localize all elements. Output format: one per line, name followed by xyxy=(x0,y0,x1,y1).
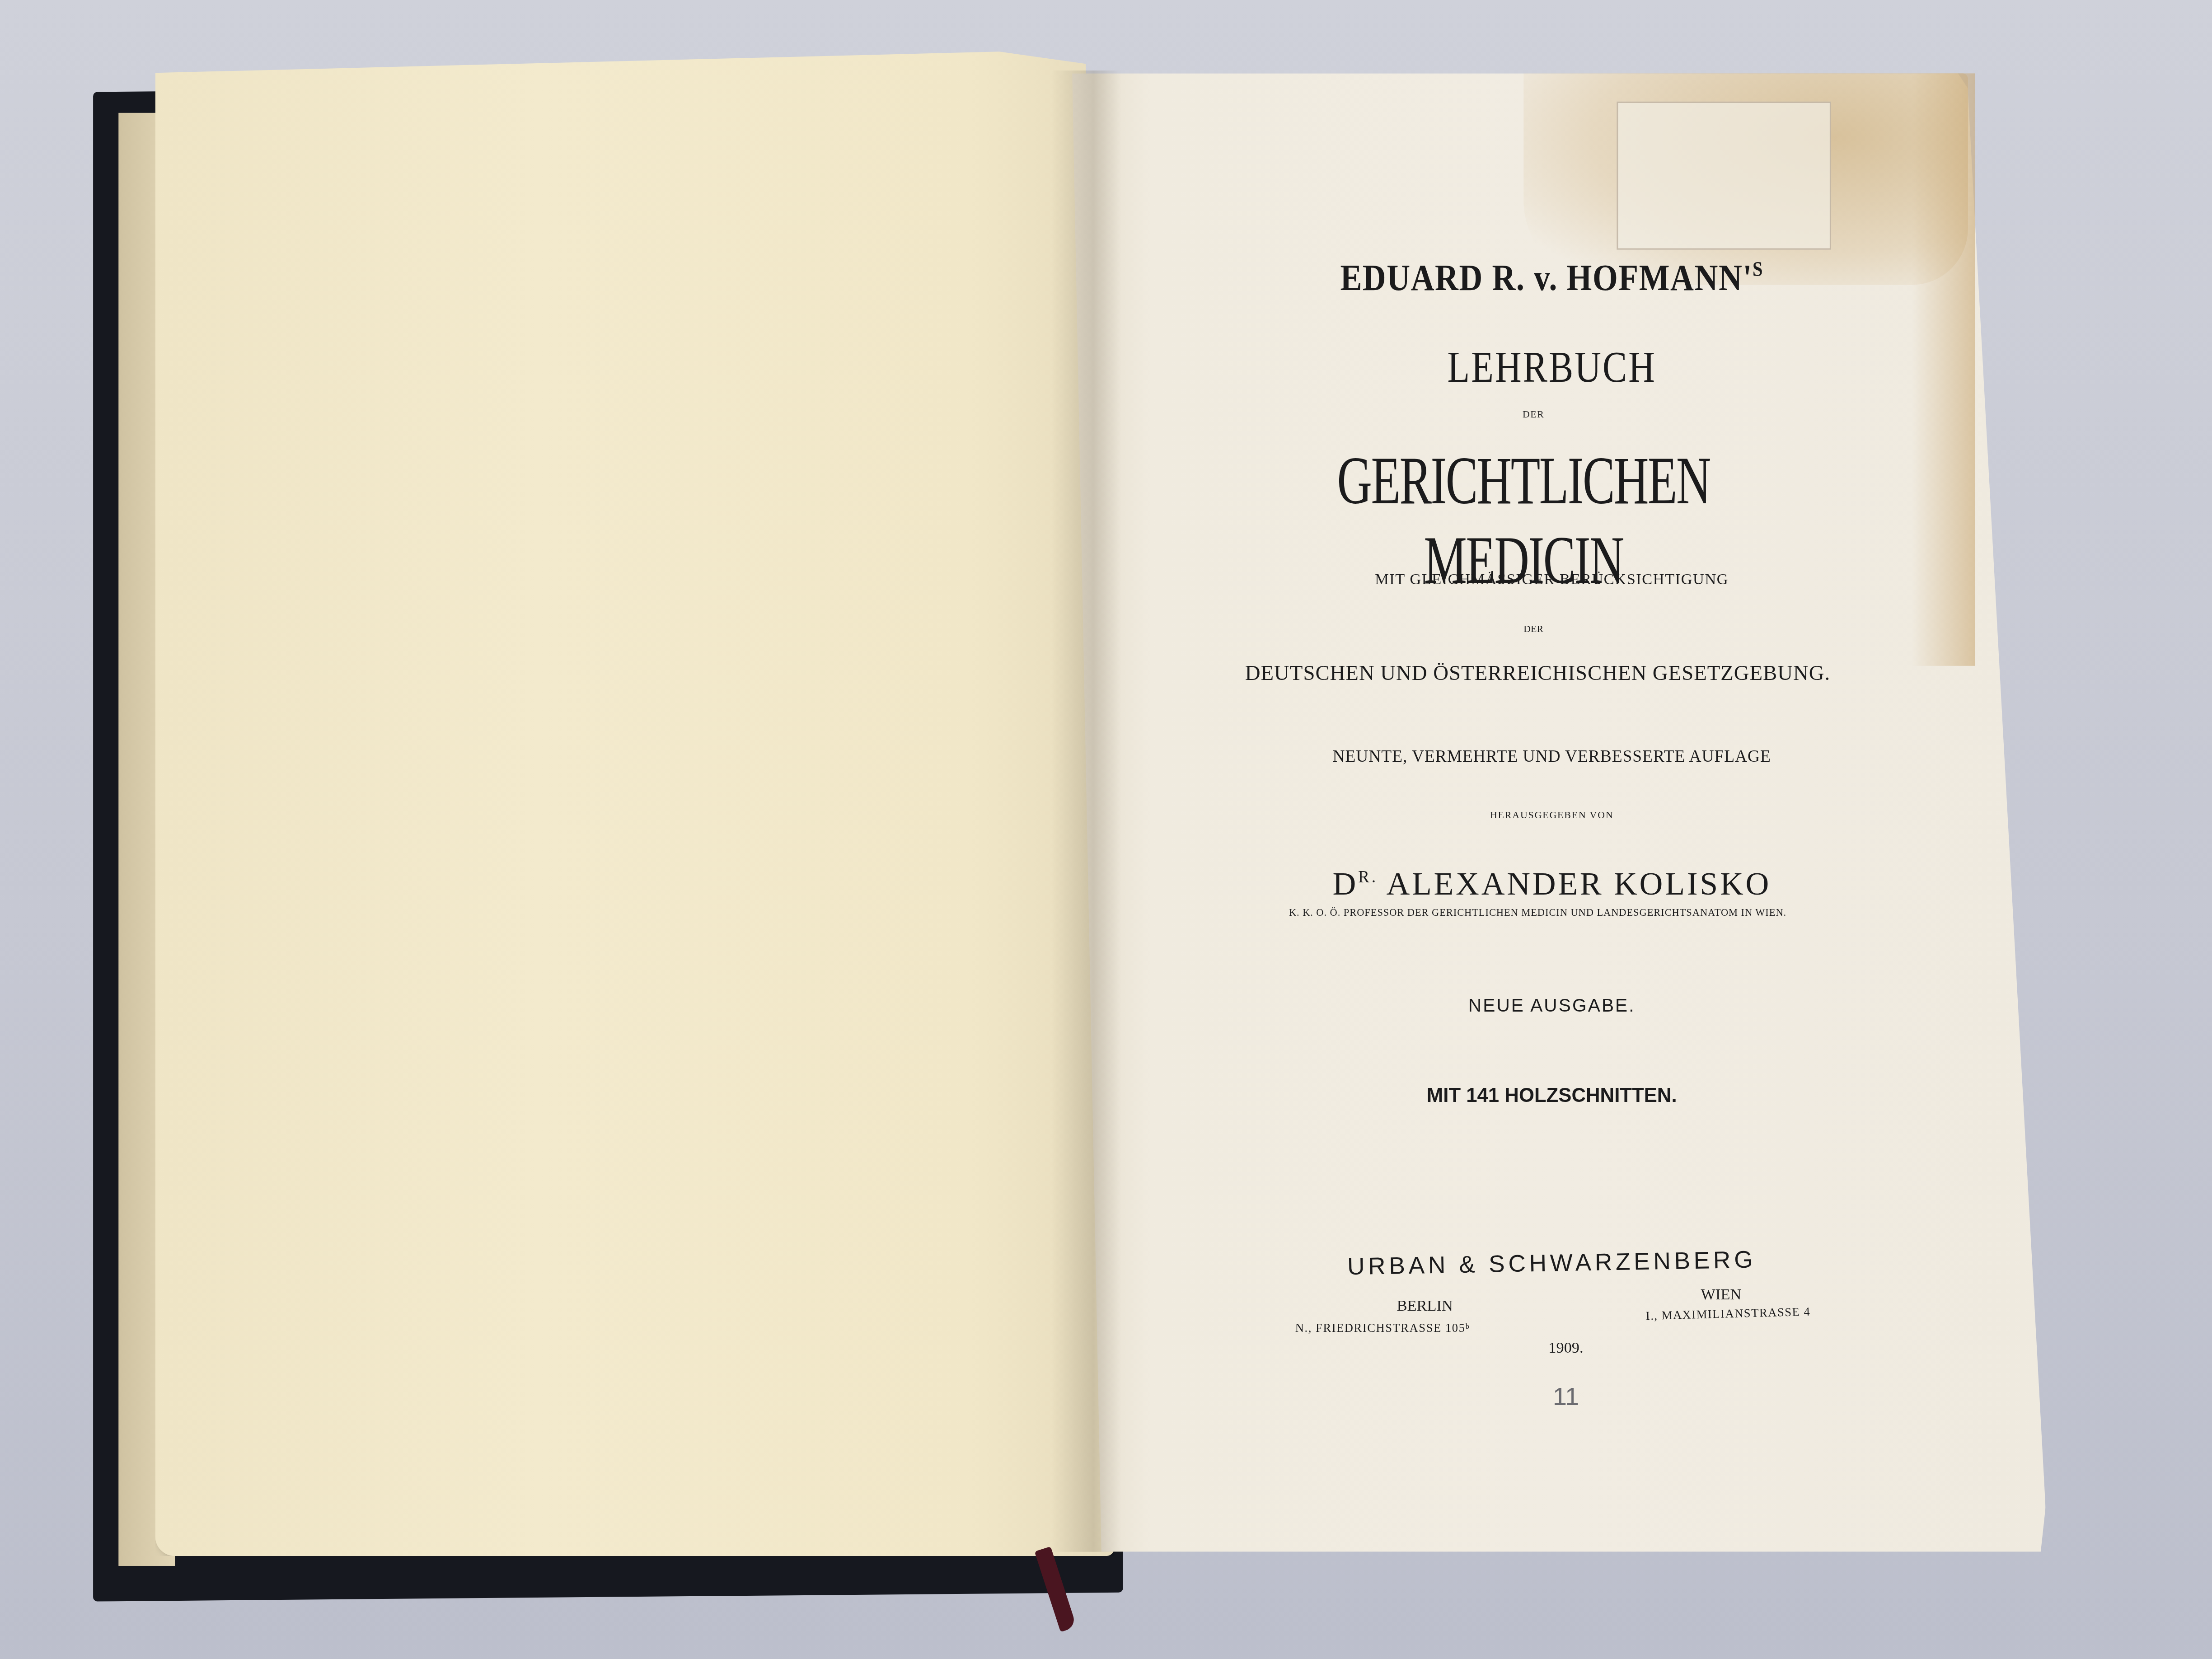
der-connector-1: DER xyxy=(1463,409,1604,421)
publisher-address-berlin: N., FRIEDRICHSTRASSE 105ᵇ xyxy=(1242,1321,1524,1335)
editor-prefix: D xyxy=(1332,866,1358,901)
book-photo: EDUARD R. v. HOFMANN'S LEHRBUCH DER GERI… xyxy=(0,0,2212,1659)
book-gutter xyxy=(1051,70,1121,1552)
edited-by-line: HERAUSGEGEBEN VON xyxy=(1129,810,1975,821)
editor-name: ALEXANDER KOLISKO xyxy=(1378,866,1771,901)
author-suffix: S xyxy=(1753,257,1763,281)
editor-prefix-sup: R. xyxy=(1358,867,1378,886)
blank-flyleaf-page xyxy=(155,39,1114,1556)
editor-title: K. K. O. Ö. PROFESSOR DER GERICHTLICHEN … xyxy=(1171,907,1905,919)
lehrbuch-heading: LEHRBUCH xyxy=(1129,343,1975,394)
author-line: EDUARD R. v. HOFMANN'S xyxy=(1129,257,1975,300)
subtitle-line-2: DEUTSCHEN UND ÖSTERREICHISCHEN GESETZGEB… xyxy=(1171,663,1905,687)
removed-label-mark xyxy=(1617,102,1831,250)
pencil-annotation: 11 xyxy=(1538,1382,1594,1412)
publisher-city-wien: WIEN xyxy=(1650,1287,1791,1303)
new-edition-line: NEUE AUSGABE. xyxy=(1129,994,1975,1016)
publisher-city-berlin: BERLIN xyxy=(1326,1298,1523,1315)
der-connector-2: DER xyxy=(1463,623,1604,635)
publication-year: 1909. xyxy=(1495,1340,1636,1357)
subtitle-line-1: MIT GLEICHMÄSSIGER BERÜCKSICHTIGUNG xyxy=(1129,572,1975,588)
woodcuts-line: MIT 141 HOLZSCHNITTEN. xyxy=(1129,1083,1975,1106)
author-name: EDUARD R. v. HOFMANN' xyxy=(1340,258,1753,299)
edition-line: NEUNTE, VERMEHRTE UND VERBESSERTE AUFLAG… xyxy=(1129,746,1975,768)
editor-line: DR. ALEXANDER KOLISKO xyxy=(1129,866,1975,903)
